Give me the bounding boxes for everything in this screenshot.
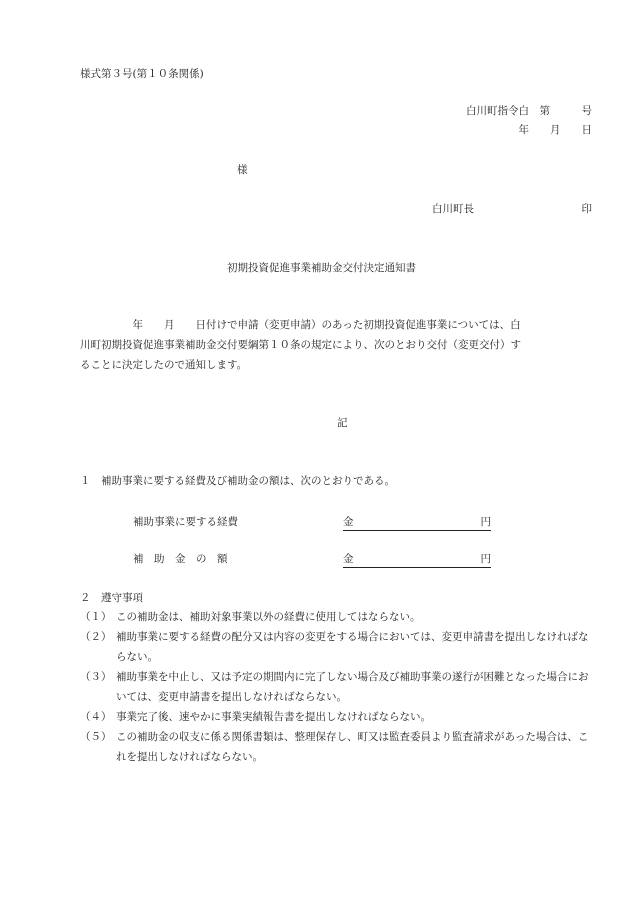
subsidy-prefix: 金 <box>343 554 354 565</box>
document-title: 初期投資促進事業補助金交付決定通知書 <box>227 263 416 274</box>
subsidy-label: 補 助 金 の 額 <box>133 554 228 565</box>
section-2-heading: ２ 遵守事項 <box>80 593 143 604</box>
item-number: （４） <box>80 707 116 727</box>
item-text: この補助金の収支に係る関係書類は、整理保存し、町又は監査委員より監査請求があった… <box>116 727 595 767</box>
body-line-3: ることに決定したので通知します。 <box>80 360 247 371</box>
expense-label: 補助事業に要する経費 <box>133 517 238 528</box>
subsidy-unit: 円 <box>481 554 492 565</box>
item-number: （２） <box>80 627 116 647</box>
compliance-item-2: （２） 補助事業に要する経費の配分又は内容の変更をする場合においては、変更申請書… <box>80 627 595 667</box>
item-text: この補助金は、補助対象事業以外の経費に使用してはならない。 <box>116 607 595 627</box>
document-page: 様式第３号(第１０条関係) 白川町指令白 第 号 年 月 日 様 白川町長 印 … <box>0 0 630 903</box>
item-text: 事業完了後、速やかに事業実績報告書を提出しなければならない。 <box>116 707 595 727</box>
compliance-item-5: （５） この補助金の収支に係る関係書類は、整理保存し、町又は監査委員より監査請求… <box>80 727 595 767</box>
item-text: 補助事業に要する経費の配分又は内容の変更をする場合においては、変更申請書を提出し… <box>116 627 595 667</box>
compliance-item-4: （４） 事業完了後、速やかに事業実績報告書を提出しなければならない。 <box>80 707 595 727</box>
item-number: （３） <box>80 667 116 687</box>
addressee-suffix: 様 <box>237 165 248 176</box>
item-text: 補助事業を中止し、又は予定の期間内に完了しない場合及び補助事業の遂行が困難となっ… <box>116 667 595 707</box>
expense-amount-field: 金 円 <box>343 517 491 531</box>
expense-unit: 円 <box>481 517 492 528</box>
subsidy-amount-field: 金 円 <box>343 554 491 568</box>
seal-mark: 印 <box>582 204 593 215</box>
sender-name: 白川町長 <box>432 204 474 215</box>
item-number: （１） <box>80 607 116 627</box>
expense-prefix: 金 <box>343 517 354 528</box>
form-number: 様式第３号(第１０条関係) <box>80 69 204 80</box>
issue-date: 年 月 日 <box>519 125 593 136</box>
body-line-2: 川町初期投資促進事業補助金交付要綱第１０条の規定により、次のとおり交付（変更交付… <box>80 340 521 351</box>
reference-number: 白川町指令白 第 号 <box>466 106 592 117</box>
item-number: （５） <box>80 727 116 747</box>
compliance-item-3: （３） 補助事業を中止し、又は予定の期間内に完了しない場合及び補助事業の遂行が困… <box>80 667 595 707</box>
section-1-heading: １ 補助事業に要する経費及び補助金の額は、次のとおりである。 <box>80 476 395 487</box>
ki-heading: 記 <box>337 418 348 429</box>
body-line-1: 年 月 日付けで申請（変更申請）のあった初期投資促進事業については、白 <box>80 320 521 331</box>
compliance-item-1: （１） この補助金は、補助対象事業以外の経費に使用してはならない。 <box>80 607 595 627</box>
